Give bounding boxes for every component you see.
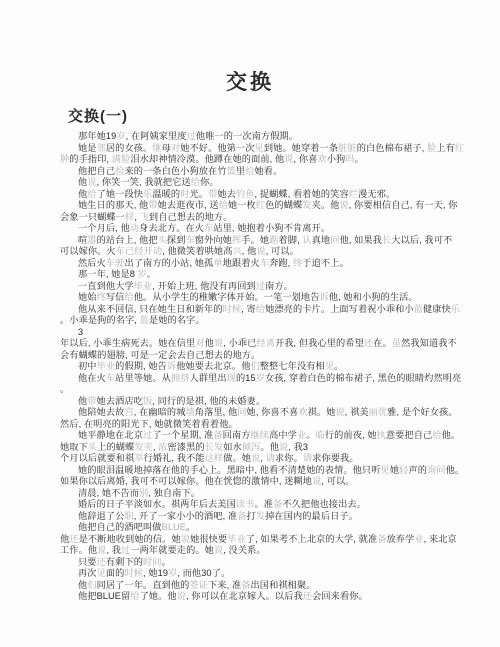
text-segment: 南方。 <box>265 281 293 291</box>
highlighted-text-segment: 过 <box>121 545 130 555</box>
highlighted-text-segment: 说 <box>284 154 293 164</box>
text-segment: 工作。他 <box>60 545 97 555</box>
text-segment: 他把BLUE留 <box>78 591 130 601</box>
text-segment: 他把自己的酒吧叫做 <box>78 522 162 532</box>
text-segment: 开我, 但我心里的希望 <box>275 338 364 348</box>
text-segment: 整整七年没有相 <box>260 361 325 371</box>
highlighted-text-segment: 业 <box>297 430 306 440</box>
highlighted-text-segment: 见 <box>325 361 334 371</box>
text-segment: 她漂亮的卡片。上面写着祝小乖和小 <box>265 304 414 314</box>
highlighted-text-segment: 蓝 <box>140 315 149 325</box>
highlighted-text-segment: 长 <box>382 235 391 245</box>
text-line: 只要还有剩下的时间。 <box>60 557 446 569</box>
text-line: 清晨, 她不告而别, 独自南下。 <box>60 488 446 500</box>
highlighted-text-segment: 别 <box>139 488 148 498</box>
text-segment: 回南方 <box>223 430 251 440</box>
text-line: 年以后, 小乖生病死去。她在信里对他说, 小乖已经离开我, 但我心里的希望还在。… <box>60 338 446 350</box>
text-segment: 他从来不回信, 只在她生日和新年的 <box>78 304 223 314</box>
text-segment: 了, 如果考不上北京的大学, 就准 <box>246 534 377 544</box>
document-title: 交换 <box>0 0 500 96</box>
text-segment: 她不好。他第一次 <box>180 143 254 153</box>
text-segment: 然后, 在明亮的阳光下, 她就微笑着看着他。 <box>60 419 238 429</box>
highlighted-text-segment: 脏脏 <box>338 143 357 153</box>
highlighted-text-segment: 这样 <box>205 453 224 463</box>
highlighted-text-segment: 飞 <box>140 212 149 222</box>
text-segment: 上的蝴蝶 <box>97 442 134 452</box>
text-segment: 上有 <box>436 143 455 153</box>
highlighted-text-segment: 给 <box>256 304 265 314</box>
text-segment: 祺。她 <box>308 407 336 417</box>
highlighted-text-segment: BLUE <box>162 522 186 532</box>
text-segment: 色的蝴蝶 <box>265 200 302 210</box>
text-segment: 清晨, 她不告而 <box>78 488 139 498</box>
highlighted-text-segment: 认 <box>302 235 311 245</box>
text-segment: 人群里出 <box>189 373 226 383</box>
text-segment: , 祺美 <box>345 407 369 417</box>
text-segment: 。 <box>147 269 156 279</box>
highlighted-text-segment: 轻 <box>399 465 408 475</box>
text-segment: 再次 <box>78 568 97 578</box>
text-segment: , 他微笑着哄她高 <box>162 246 232 256</box>
text-segment: 初中 <box>78 361 97 371</box>
highlighted-text-segment: 倾泻 <box>242 442 261 452</box>
highlighted-text-segment: 诉 <box>320 292 329 302</box>
text-line: 他还是不断地收到她的信。她说她很快要毕业了, 如果考不上北京的大学, 就准备放弃… <box>60 534 446 546</box>
highlighted-text-segment: 丽优 <box>369 407 388 417</box>
text-segment: 他把自己 <box>78 166 115 176</box>
highlighted-text-segment: 说 <box>312 476 321 486</box>
highlighted-text-segment: 时 <box>180 189 189 199</box>
text-segment: 她一枚 <box>228 200 256 210</box>
text-line: 一直到他大学毕业, 开始上班, 他没有再回到过南方。 <box>60 281 446 293</box>
text-line: 她生日的那天, 他带她去逛夜市, 送给她一枚红色的蝴蝶发夹。他说, 你要相信自己… <box>60 200 446 212</box>
highlighted-text-segment: 给 <box>245 166 254 176</box>
text-segment: 了她一段快 <box>97 189 143 199</box>
highlighted-text-segment: 举 <box>134 453 143 463</box>
highlighted-text-segment: 浓 <box>158 442 167 452</box>
text-segment: 她, 你喜不喜 <box>247 407 299 417</box>
text-segment: 可以嫁你。火 <box>60 246 116 256</box>
text-segment: 到自己想去的地方。 <box>149 212 233 222</box>
text-line: 那年她19岁, 在阿姨家里度过他唯一的一次南方假期。 <box>60 131 446 143</box>
text-segment: , 他 <box>242 246 257 256</box>
highlighted-text-segment: 嚣 <box>87 235 96 245</box>
text-line: 他带她去酒店吃饭, 同行的是祺, 他的未婚妻。 <box>60 396 446 408</box>
text-segment: 泪水却神情冷漠。他蹲在她的面前, 他 <box>130 154 284 164</box>
highlighted-text-segment: 毕业 <box>97 361 116 371</box>
text-segment: 的手指印, <box>69 154 111 164</box>
text-segment: 会有蝴蝶的翅膀, 可是一定会去自己想去的地方。 <box>60 350 260 360</box>
highlighted-text-segment: 欢 <box>317 154 326 164</box>
highlighted-text-segment: 经离 <box>256 338 275 348</box>
text-segment: , 我3 <box>288 442 308 452</box>
text-segment: 小狗 <box>327 154 346 164</box>
text-segment: 她去逛夜市, 送 <box>158 200 219 210</box>
text-segment: 站里, 她抱着小狗不肯离开。 <box>213 223 330 233</box>
highlighted-text-segment: 红 <box>256 200 265 210</box>
text-segment: 他, 如果我 <box>339 235 381 245</box>
highlighted-text-segment: 说 <box>87 177 96 187</box>
text-line: 初中毕业的假期, 她告诉他她要去北京。他们整整七年没有相见。 <box>60 361 446 373</box>
text-line: 他从来不回信, 只在她生日和新年的时候, 寄给她漂亮的卡片。上面写着祝小乖和小蓝… <box>60 304 446 316</box>
text-line: 他把自己捡来的一条白色小狗放在竹篮里给她看。 <box>60 166 446 178</box>
text-line: 他说, 你笑一笑, 我就把它送给你。 <box>60 177 446 189</box>
highlighted-text-segment: 说 <box>335 407 344 417</box>
highlighted-text-segment: 带 <box>87 396 96 406</box>
text-segment: 会象一只蝴蝶一 <box>60 212 125 222</box>
text-segment: 他在火 <box>78 373 106 383</box>
highlighted-text-segment: 对 <box>195 338 204 348</box>
text-line: 。小乖是狗的名字, 蓝是她的名字。 <box>60 315 446 327</box>
highlighted-text-segment: 岁 <box>168 568 177 578</box>
highlighted-text-segment: 带 <box>208 189 217 199</box>
highlighted-text-segment: 说 <box>279 442 288 452</box>
text-segment: 一直到他大学 <box>78 281 134 291</box>
text-segment: , 可以。 <box>266 246 299 256</box>
highlighted-text-segment: 脸 <box>427 143 436 153</box>
text-segment: 。 <box>162 557 171 567</box>
text-segment: 她生日的那天, 他 <box>78 200 148 210</box>
text-line: 那一年, 她是8 岁。 <box>60 269 446 281</box>
highlighted-text-segment: 说 <box>177 591 186 601</box>
text-segment: , 开了一家小小的酒吧, 准 <box>134 511 238 521</box>
text-line: 她的眼泪温暖地掉落在他的手心上。黑暗中, 他看不清楚她的表情。他只听见她轻声的询… <box>60 465 446 477</box>
text-segment: 那年她19 <box>78 131 116 141</box>
highlighted-text-segment: 发夹 <box>134 442 153 452</box>
text-segment: 声的 <box>408 465 427 475</box>
highlighted-text-segment: 样 <box>125 212 134 222</box>
text-segment: , 同行的是祺, 他的未婚妻。 <box>152 396 265 406</box>
text-segment: , 她19 <box>143 568 168 578</box>
text-line: 她始终写信给他。从小学生的稚嫩字体开始。一笔一划地告诉他, 她和小狗的生活。 <box>60 292 446 304</box>
text-line: 他在火车站里等她。从拥挤人群里出现的15岁女孩, 穿着白色的棉布裙子, 黑色的眼… <box>60 373 446 385</box>
text-segment: 了一个星期, 准 <box>152 430 213 440</box>
highlighted-text-segment: 过 <box>143 430 152 440</box>
highlighted-text-segment: 备 <box>241 580 250 590</box>
highlighted-text-segment: 单 <box>213 258 222 268</box>
text-segment: 他 <box>78 189 87 199</box>
text-segment: 喧 <box>78 235 87 245</box>
highlighted-text-segment: 职 <box>124 511 133 521</box>
text-segment: 地跟着火 <box>223 258 260 268</box>
highlighted-text-segment: 岁 <box>256 373 265 383</box>
highlighted-text-segment: 给 <box>191 177 200 187</box>
text-line: 他陪她去故宫, 在幽暗的城墙角落里, 他问她, 你喜不喜欢祺。她说, 祺美丽优雅… <box>60 407 446 419</box>
text-segment: 他辞退了公 <box>78 511 124 521</box>
text-segment: 婚后的日子平淡如水。祺两年后去美国 <box>78 499 236 509</box>
highlighted-text-segment: 篮 <box>227 166 236 176</box>
highlighted-text-segment: 头 <box>88 442 97 452</box>
text-segment: 的15 <box>236 373 256 383</box>
text-segment: , 可以。 <box>321 476 354 486</box>
text-line: 再次见面的时候, 她19岁, 而他30了。 <box>60 568 446 580</box>
highlighted-text-segment: 备 <box>213 430 222 440</box>
text-line: 他把自己的酒吧叫做BLUE。 <box>60 522 446 534</box>
text-segment: 温暖的 <box>152 189 180 199</box>
text-segment: , 开始上班, 他没有再回到 <box>152 281 256 291</box>
text-segment: 她取下 <box>60 442 88 452</box>
text-segment: 高中学 <box>269 430 297 440</box>
text-line: 他们同居了一年。直到他的签证下来, 准备出国和祺相聚。 <box>60 580 446 592</box>
text-segment: 会回来看你。 <box>312 591 368 601</box>
highlighted-text-segment: 现 <box>227 373 236 383</box>
highlighted-text-segment: 发 <box>256 511 265 521</box>
text-segment: , 你要相信自己, 有一天, 你 <box>349 200 458 210</box>
text-segment: 意要把自己 <box>386 430 432 440</box>
highlighted-text-segment: 吗 <box>345 154 354 164</box>
text-line: 肿的手指印, 满脸泪水却神情冷漠。他蹲在她的面前, 他说, 你喜欢小狗吗。 <box>60 154 446 166</box>
text-segment: 他。从小学生的稚嫩字体开始。一笔一划地告 <box>134 292 320 302</box>
highlighted-text-segment: 车驶 <box>106 258 125 268</box>
text-line: 婚后的日子平淡如水。祺两年后去美国读书。准备不久把他也接出去。 <box>60 499 446 511</box>
highlighted-text-segment: 备 <box>237 511 246 521</box>
text-segment: 放弃学 <box>386 534 414 544</box>
text-segment: 站里等她。从 <box>115 373 171 383</box>
highlighted-text-segment: 带 <box>148 200 157 210</box>
text-segment: 他 <box>78 177 87 187</box>
text-segment: , 而他30了。 <box>177 568 230 578</box>
highlighted-text-segment: 说 <box>339 200 348 210</box>
text-segment: 密漆黑的 <box>168 442 205 452</box>
text-segment: 做。她 <box>223 453 251 463</box>
text-segment: 的站台上, 他把 <box>97 235 158 245</box>
text-segment: , 你喜 <box>294 154 318 164</box>
text-line: 个月以后就要和祺举行婚礼, 我不能这样做。她说, 请求你。请求你要我。 <box>60 453 446 465</box>
text-segment: , 小乖已 <box>223 338 256 348</box>
highlighted-text-segment: 兴 <box>233 246 242 256</box>
text-line: 喧嚣的站台上, 他把头探到车窗外向她挥手。她踮着脚, 认真地问他, 如果我长大以… <box>60 235 446 247</box>
text-segment: 着脚, <box>278 235 302 245</box>
highlighted-text-segment: 说 <box>214 338 223 348</box>
text-segment: 行婚礼, 我不能 <box>144 453 205 463</box>
text-segment: 漫无邪。 <box>358 189 395 199</box>
text-segment: , 来北京 <box>424 534 457 544</box>
text-segment: 里 <box>236 166 245 176</box>
text-segment: 她很快要 <box>190 534 227 544</box>
text-segment: 身去北方。在火 <box>139 223 204 233</box>
text-segment: 他。 <box>442 430 461 440</box>
text-segment: 年以后, 小乖生病死去。她在信里 <box>60 338 195 348</box>
highlighted-text-segment: 们 <box>251 361 260 371</box>
highlighted-text-segment: 备 <box>273 499 282 509</box>
text-segment: 如果你以后离婚, 我可不可以嫁你。他在恍惚的激情中, 迷糊地 <box>60 476 312 486</box>
text-segment: 只要 <box>78 557 97 567</box>
highlighted-text-segment: 饭 <box>143 396 152 406</box>
highlighted-text-segment: 终 <box>293 258 302 268</box>
text-segment: , 你笑一笑, 我就把它送 <box>97 177 191 187</box>
text-segment: 。 <box>355 154 364 164</box>
text-segment: 行的前夜, 她 <box>325 430 377 440</box>
text-segment: 。 <box>334 361 343 371</box>
text-segment: 他唯一的一次南方假期。 <box>196 131 298 141</box>
highlighted-text-segment: 岁 <box>138 269 147 279</box>
highlighted-text-segment: 见 <box>381 465 390 475</box>
text-line: 他把BLUE留给了她。他说, 你可以在北京嫁人。以后我还会回来看你。 <box>60 591 446 603</box>
highlighted-text-segment: 们 <box>87 580 96 590</box>
highlighted-text-segment: 动 <box>130 223 139 233</box>
text-segment: 健康快 <box>423 304 451 314</box>
highlighted-text-segment: 欢 <box>298 407 307 417</box>
text-segment: 一两年就要走的。她 <box>130 545 214 555</box>
text-segment: 的白色棉布裙子, <box>357 143 427 153</box>
highlighted-text-segment: 满脸 <box>112 154 131 164</box>
highlighted-text-segment: 继续 <box>251 430 270 440</box>
highlighted-text-segment: 过 <box>187 131 196 141</box>
text-segment: 。 <box>306 430 315 440</box>
highlighted-text-segment: 读书 <box>236 499 255 509</box>
text-segment: 她是 <box>78 143 97 153</box>
text-segment: 雅, 是个好女孩。 <box>387 407 457 417</box>
text-line: 然后, 在明亮的阳光下, 她就微笑着看着他。 <box>60 419 446 431</box>
text-segment: 然我知道我不 <box>401 338 457 348</box>
highlighted-text-segment: 头 <box>158 235 167 245</box>
highlighted-text-segment: 乐 <box>143 189 152 199</box>
text-segment: 面的 <box>106 568 125 578</box>
text-segment: 出了南方的小站, 她孤 <box>124 258 213 268</box>
text-segment: 写信 <box>106 292 125 302</box>
text-segment: 掉在国内的最后日子。 <box>265 511 358 521</box>
text-segment: , 在幽暗的城 <box>134 407 186 417</box>
highlighted-text-segment: 给 <box>130 591 139 601</box>
highlighted-text-segment: 车 <box>186 235 195 245</box>
highlighted-text-segment: 请 <box>303 453 312 463</box>
text-segment: , 寄 <box>241 304 256 314</box>
highlighted-text-segment: 问 <box>237 407 246 417</box>
document-page: 交换 交换(一) 那年她19岁, 在阿姨家里度过他唯一的一次南方假期。她是邻居的… <box>0 0 500 647</box>
text-segment: 同居了一年。直到他的 <box>97 580 190 590</box>
text-line: 会有蝴蝶的翅膀, 可是一定会去自己想去的地方。 <box>60 350 446 362</box>
highlighted-text-segment: 还 <box>97 557 106 567</box>
highlighted-text-segment: 车已经开动 <box>116 246 162 256</box>
text-line: 她是邻居的女孩。继母对她不好。他第一次见到她。她穿着一条脏脏的白色棉布裙子, 脸… <box>60 143 446 155</box>
highlighted-text-segment: 给 <box>124 292 133 302</box>
highlighted-text-segment: 长发 <box>205 442 224 452</box>
text-segment: 居的女孩。 <box>106 143 152 153</box>
text-line: 她取下头上的蝴蝶发夹, 浓密漆黑的长发如水倾泻。他说, 我3 <box>60 442 446 454</box>
text-segment: 一个月后, 他 <box>78 223 130 233</box>
text-segment: 个月以后就要和祺 <box>60 453 134 463</box>
highlighted-text-segment: 车 <box>106 373 115 383</box>
text-segment: 他陪她去故 <box>78 407 124 417</box>
section-heading: 交换(一) <box>68 105 500 126</box>
highlighted-text-segment: 还 <box>69 534 78 544</box>
text-segment: 下来, 准 <box>208 580 241 590</box>
highlighted-text-segment: 时候 <box>124 568 143 578</box>
text-segment: 到她。她穿着一条 <box>264 143 338 153</box>
highlighted-text-segment: 钓鱼 <box>236 189 255 199</box>
highlighted-text-segment: 车 <box>204 223 213 233</box>
text-segment: 他 <box>78 396 87 406</box>
highlighted-text-segment: 诉 <box>167 361 176 371</box>
text-segment: 他 <box>60 534 69 544</box>
text-line: 他给了她一段快乐温暖的时光。带她去钓鱼, 捉蝴蝶, 看着她的笑容烂漫无邪。 <box>60 189 446 201</box>
text-segment: 光。 <box>190 189 209 199</box>
text-segment: 你。 <box>200 177 219 187</box>
highlighted-text-segment: 时间 <box>143 557 162 567</box>
highlighted-text-segment: 虽 <box>392 338 401 348</box>
highlighted-text-segment: 红 <box>455 143 464 153</box>
text-segment: 打 <box>247 511 256 521</box>
text-line: 如果你以后离婚, 我可不可以嫁你。他在恍惚的激情中, 迷糊地说, 可以。 <box>60 476 446 488</box>
text-line: 然后火车驶出了南方的小站, 她孤单地跟着火车奔跑, 终于追不上。 <box>60 258 446 270</box>
highlighted-text-segment: 发 <box>302 200 311 210</box>
highlighted-text-segment: 还 <box>303 591 312 601</box>
text-segment: 在。 <box>373 338 392 348</box>
highlighted-text-segment: 请 <box>266 453 275 463</box>
highlighted-text-segment: 毕业 <box>227 534 246 544</box>
highlighted-text-segment: 说 <box>214 545 223 555</box>
highlighted-text-segment: 乐 <box>451 304 460 314</box>
text-segment: 。他 <box>260 442 279 452</box>
highlighted-text-segment: 宫 <box>124 407 133 417</box>
text-line: 。 <box>60 384 446 396</box>
text-segment: 夹。他 <box>312 200 340 210</box>
text-segment: , 独自南下。 <box>148 488 200 498</box>
text-segment: 女孩, 穿着白色的棉布裙子, 黑色的眼睛灼然明亮 <box>265 373 461 383</box>
highlighted-text-segment: 签证 <box>189 580 208 590</box>
text-segment: , 在阿姨家里度 <box>126 131 187 141</box>
text-segment: 她 <box>390 465 399 475</box>
text-segment: , 捉蝴蝶, 看着她的笑容 <box>255 189 349 199</box>
highlighted-text-segment: 给 <box>432 430 441 440</box>
highlighted-text-segment: 车 <box>260 258 269 268</box>
text-segment: 然后火 <box>78 258 106 268</box>
highlighted-text-segment: 见 <box>97 568 106 578</box>
text-segment: 她去 <box>217 189 236 199</box>
highlighted-text-segment: 说 <box>251 453 260 463</box>
text-segment: 。准 <box>254 499 273 509</box>
text-segment: 他她要去北京。他 <box>176 361 250 371</box>
highlighted-text-segment: 终 <box>97 292 106 302</box>
text-segment: 大以后, 我可不 <box>391 235 452 245</box>
text-segment: 他, 她和小狗的生活。 <box>329 292 418 302</box>
highlighted-text-segment: 给 <box>87 189 96 199</box>
text-segment: 手。她 <box>241 235 269 245</box>
text-segment: 的假期, 她告 <box>115 361 167 371</box>
highlighted-text-segment: 过 <box>256 281 265 291</box>
highlighted-text-segment: 给 <box>219 200 228 210</box>
text-segment: 他。 <box>446 465 465 475</box>
highlighted-text-segment: 烂 <box>349 189 358 199</box>
text-line: 可以嫁你。火车已经开动, 他微笑着哄她高兴, 他说, 可以。 <box>60 246 446 258</box>
highlighted-text-segment: 见 <box>255 143 264 153</box>
text-segment: 他 <box>78 580 87 590</box>
text-segment: 那一年, 她是8 <box>78 269 138 279</box>
highlighted-text-segment: 还 <box>364 338 373 348</box>
text-segment: 他 <box>205 338 214 348</box>
highlighted-text-segment: 执 <box>377 430 386 440</box>
text-segment: 3 <box>78 327 83 337</box>
text-segment: 。 <box>186 522 195 532</box>
highlighted-text-segment: 业 <box>414 534 423 544</box>
highlighted-text-segment: 墙 <box>185 407 194 417</box>
text-segment: 求你。 <box>275 453 303 463</box>
text-line: 他辞退了公职, 开了一家小小的酒吧, 准备打发掉在国内的最后日子。 <box>60 511 446 523</box>
text-segment: 来的一条白色小狗放在竹 <box>124 166 226 176</box>
text-segment: 母 <box>162 143 171 153</box>
highlighted-text-segment: 拥挤 <box>171 373 190 383</box>
highlighted-text-segment: 说 <box>256 246 265 256</box>
text-line: 她平静地在北京过了一个星期, 准备回南方继续高中学业。临行的前夜, 她执意要把自… <box>60 430 446 442</box>
text-segment: 求你要我。 <box>312 453 358 463</box>
highlighted-text-segment: 继 <box>152 143 161 153</box>
highlighted-text-segment: 时候 <box>223 304 242 314</box>
highlighted-text-segment: 说 <box>181 534 190 544</box>
highlighted-text-segment: 询问 <box>427 465 446 475</box>
text-segment: , 没关系。 <box>223 545 265 555</box>
text-segment: 奔跑, <box>269 258 293 268</box>
text-line: 工作。他说, 我过一两年就要走的。她说, 没关系。 <box>60 545 446 557</box>
